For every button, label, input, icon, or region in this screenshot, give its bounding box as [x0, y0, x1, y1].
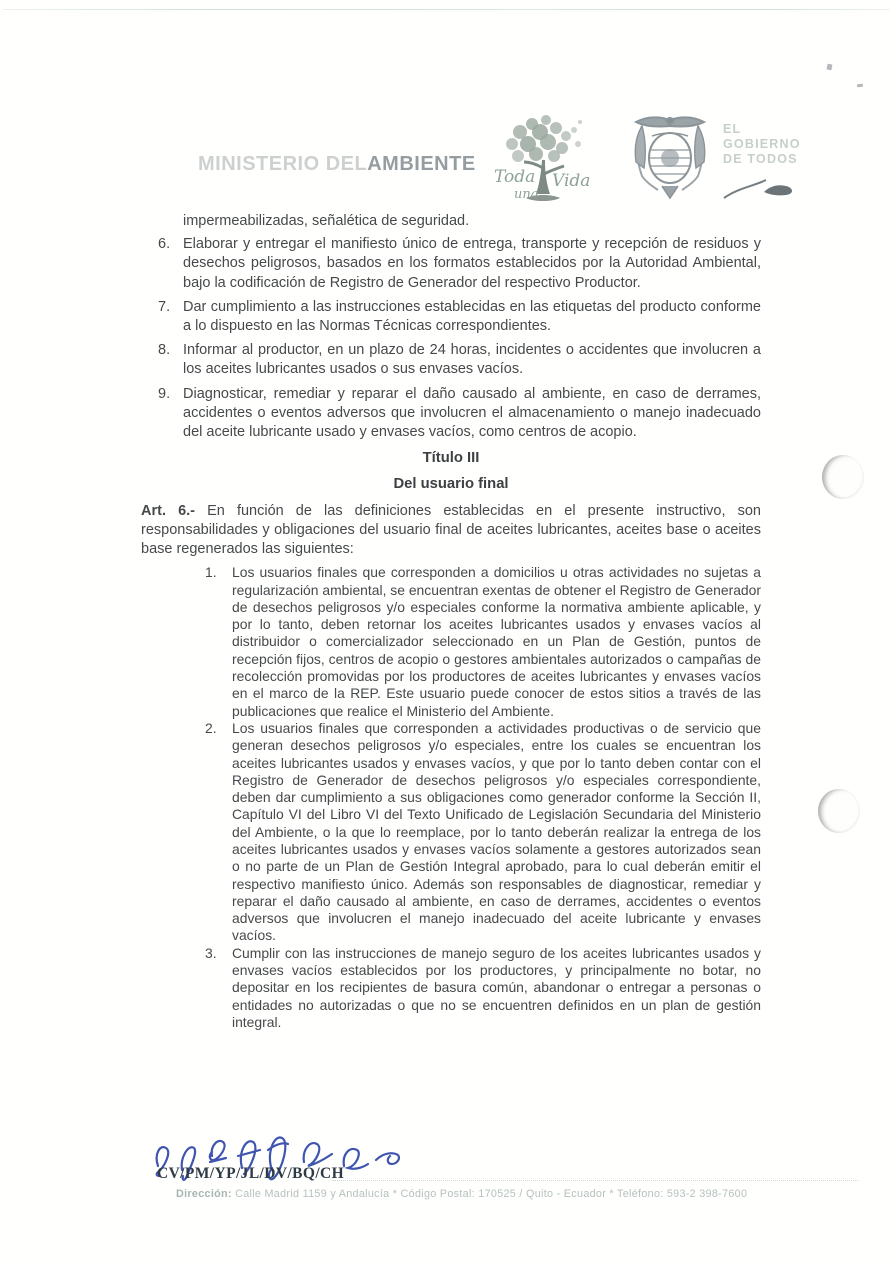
sublist-item: 3. Cumplir con las instrucciones de mane… — [141, 945, 761, 1031]
article-text: En función de las definiciones estableci… — [141, 503, 761, 557]
sublist-item-number: 3. — [205, 945, 232, 1031]
article-paragraph: Art. 6.- En función de las definiciones … — [141, 502, 761, 560]
sublist-item: 1. Los usuarios finales que corresponden… — [141, 564, 761, 720]
footer-address-label: Dirección: — [176, 1188, 232, 1200]
section-title: Título III — [141, 449, 761, 468]
list-item-number: 6. — [158, 235, 183, 293]
ministry-wordmark: MINISTERIO DELAMBIENTE — [198, 153, 476, 176]
scan-speck — [826, 64, 832, 71]
section-subtitle: Del usuario final — [141, 475, 761, 494]
paragraph-continuation: impermeabilizadas, señalética de segurid… — [183, 212, 761, 231]
list-item: 8. Informar al productor, en un plazo de… — [141, 341, 761, 379]
tree-caption-word-3: Vida — [552, 171, 590, 191]
gobierno-flourish-icon — [720, 176, 800, 202]
list-item-text: Diagnosticar, remediar y reparar el daño… — [183, 385, 761, 443]
punch-hole — [822, 455, 864, 499]
scan-edge-line — [3, 9, 890, 10]
footer-dotted-line — [332, 1180, 858, 1182]
responsibility-initials: CV/PM/YP/JL/DV/BQ/CH — [157, 1165, 344, 1183]
sublist-item-text: Los usuarios finales que corresponden a … — [232, 564, 761, 720]
gobierno-de-todos-wordmark: EL GOBIERNO DE TODOS — [723, 122, 801, 167]
list-item-text: Elaborar y entregar el manifiesto único … — [183, 235, 761, 293]
list-item: 7. Dar cumplimiento a las instrucciones … — [141, 298, 761, 336]
list-item: 6. Elaborar y entregar el manifiesto úni… — [141, 235, 761, 293]
sublist-item-number: 2. — [205, 720, 232, 945]
tree-caption-word-1: Toda — [494, 167, 535, 187]
footer-address: Dirección: Calle Madrid 1159 y Andalucía… — [176, 1188, 747, 1200]
scan-speck — [857, 84, 863, 88]
tree-logo-icon: Toda una Vida — [490, 110, 602, 210]
ecuador-coat-of-arms-icon — [622, 112, 718, 204]
sublist-item: 2. Los usuarios finales que corresponden… — [141, 720, 761, 945]
document-body: impermeabilizadas, señalética de segurid… — [141, 212, 761, 1031]
article-label: Art. 6.- — [141, 503, 195, 519]
sublist-item-text: Cumplir con las instrucciones de manejo … — [232, 945, 761, 1031]
list-item-number: 8. — [158, 341, 183, 379]
list-item-number: 7. — [158, 298, 183, 336]
list-item-text: Informar al productor, en un plazo de 24… — [183, 341, 761, 379]
ministry-wordmark-bold: AMBIENTE — [367, 153, 475, 175]
gobierno-line-1: EL — [723, 122, 801, 137]
gobierno-line-2: GOBIERNO — [723, 137, 801, 152]
scanned-document-page: MINISTERIO DELAMBIENTE Toda una Vida — [0, 0, 893, 1263]
list-item-text: Dar cumplimiento a las instrucciones est… — [183, 298, 761, 336]
ministry-wordmark-light: MINISTERIO DEL — [198, 153, 367, 175]
footer-address-text: Calle Madrid 1159 y Andalucía * Código P… — [232, 1188, 747, 1200]
sublist-item-text: Los usuarios finales que corresponden a … — [232, 720, 761, 945]
tree-caption-word-2: una — [514, 187, 539, 202]
list-item-number: 9. — [158, 385, 183, 443]
sublist-item-number: 1. — [205, 564, 232, 720]
list-item: 9. Diagnosticar, remediar y reparar el d… — [141, 385, 761, 443]
gobierno-line-3: DE TODOS — [723, 152, 801, 167]
punch-hole — [818, 789, 860, 833]
